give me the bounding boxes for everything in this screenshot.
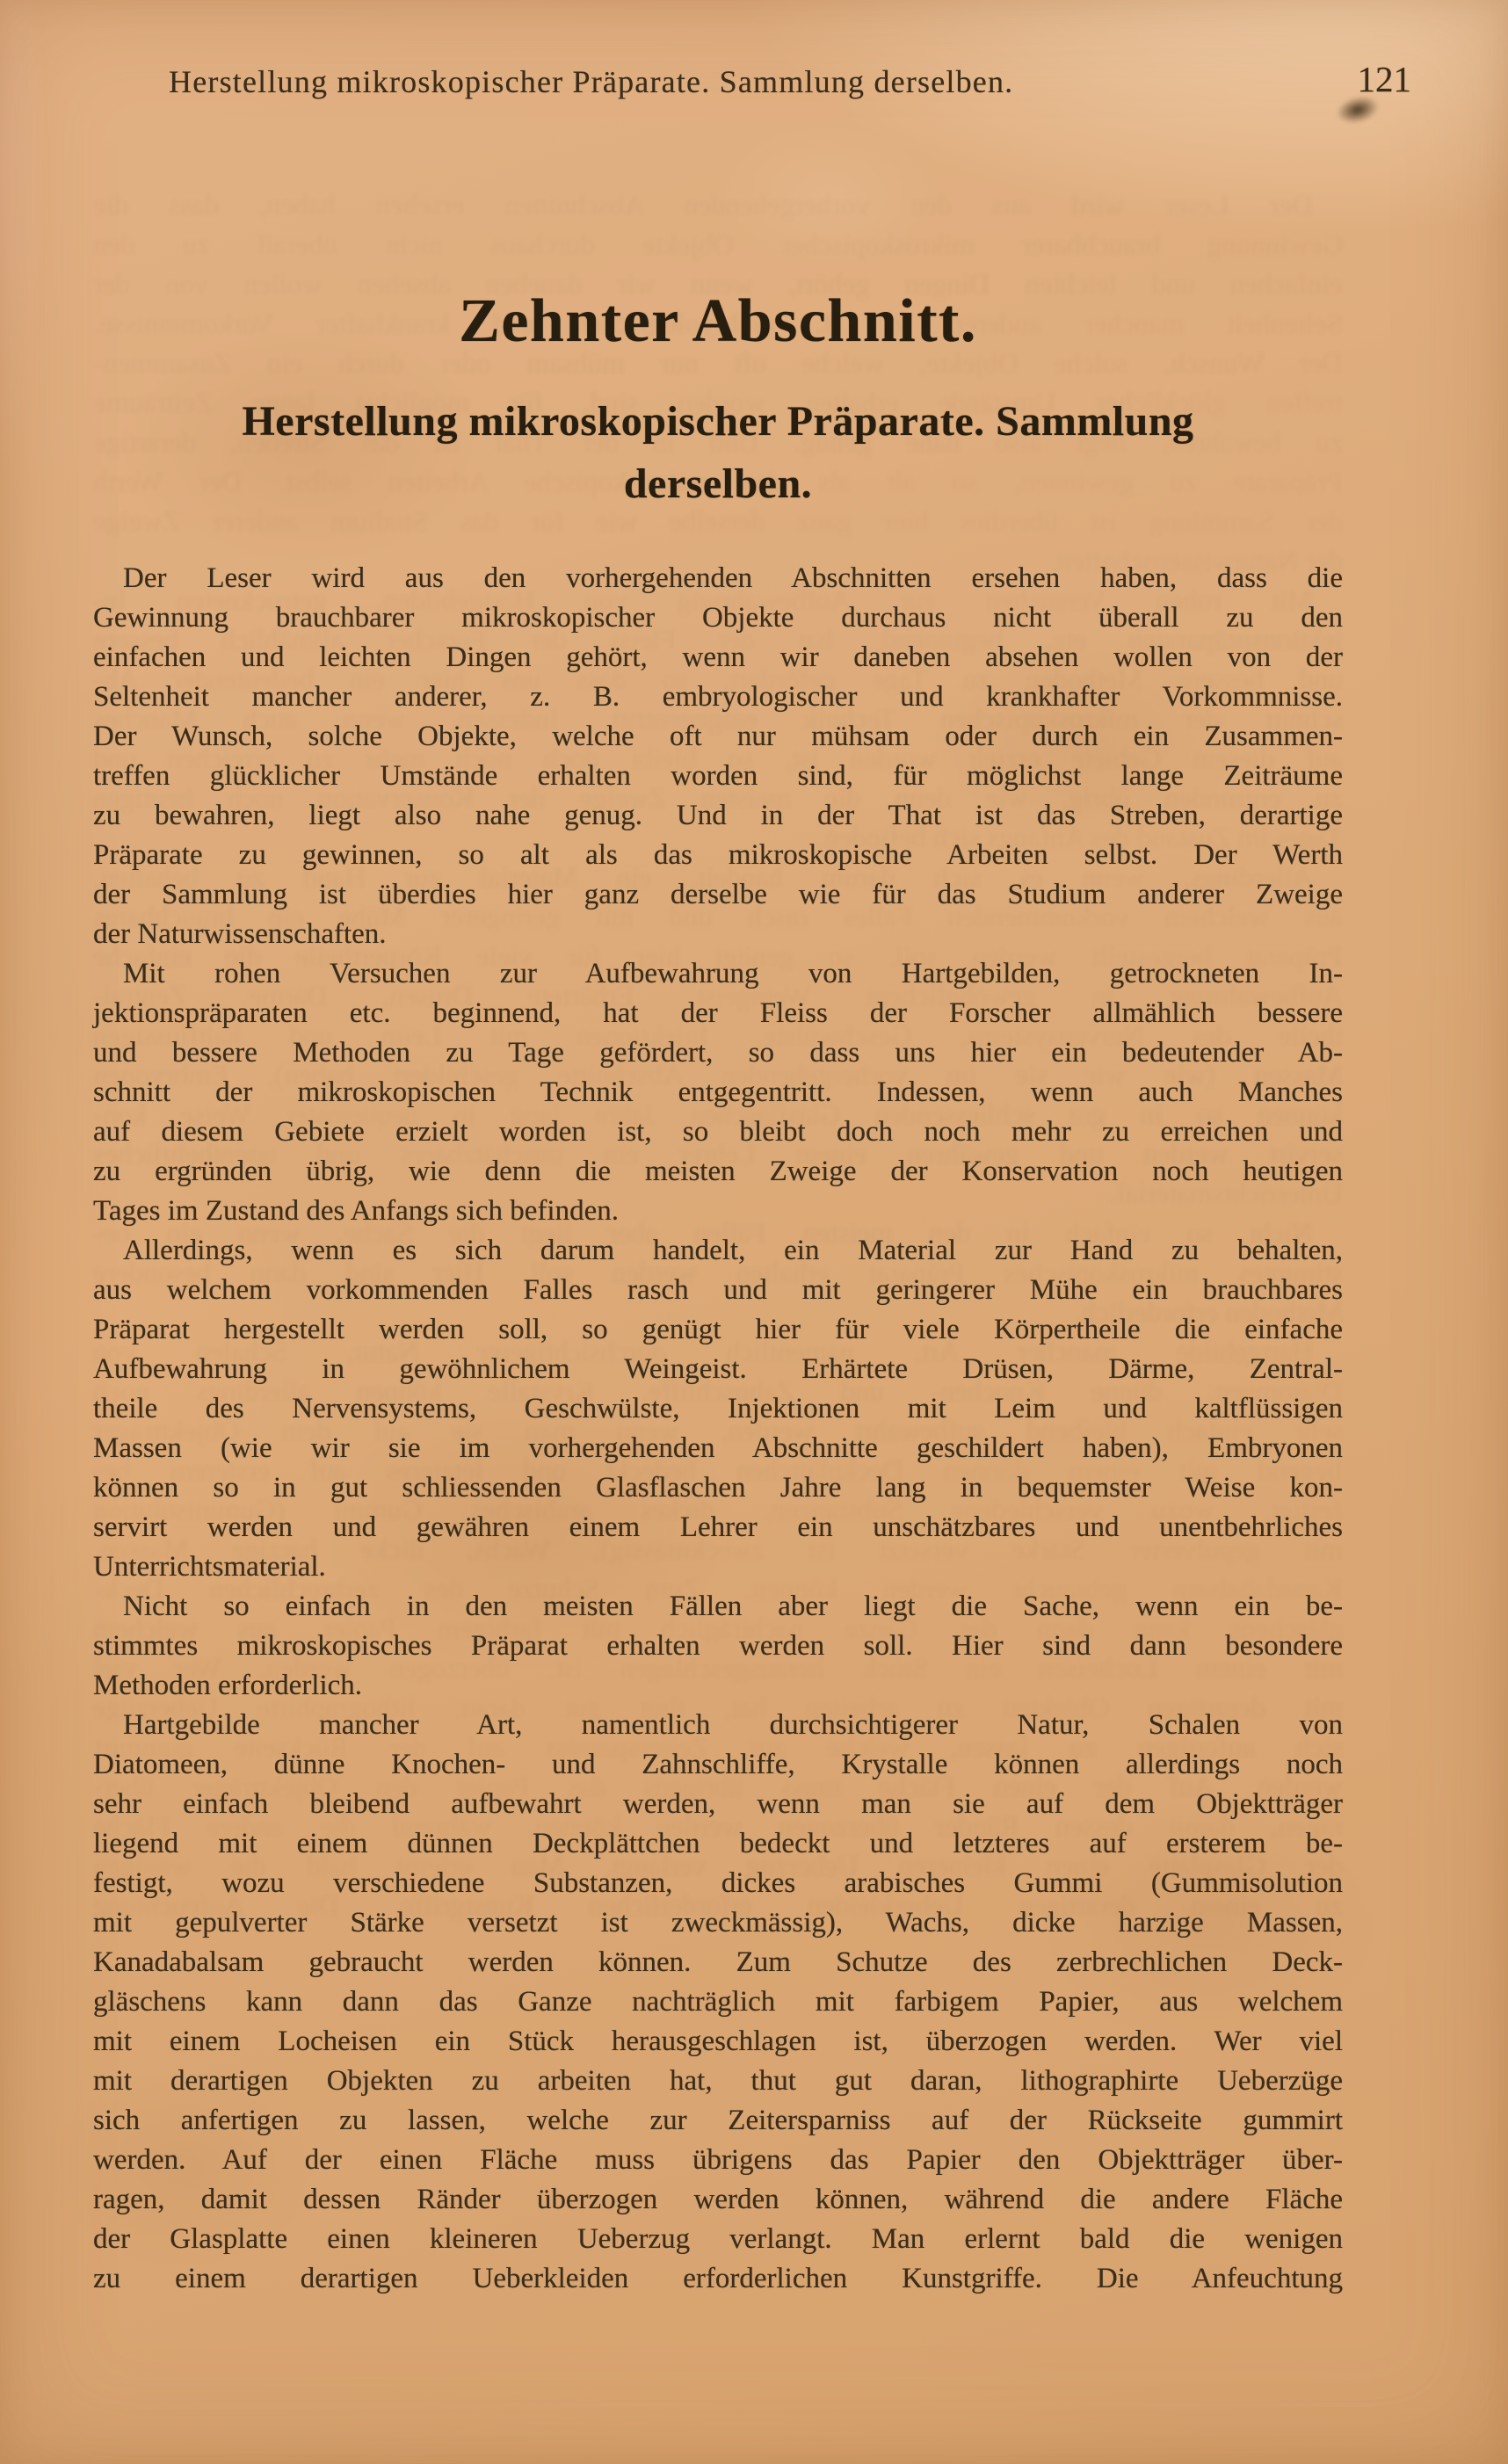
text-line: servirt werden und gewähren einem Lehrer… <box>93 1508 1343 1547</box>
text-line: Nicht so einfach in den meisten Fällen a… <box>93 1587 1343 1627</box>
text-paragraph: Allerdings, wenn es sich darum handelt, … <box>93 1231 1343 1587</box>
section-title: Zehnter Abschnitt. <box>93 286 1343 357</box>
text-line: sehr einfach bleibend aufbewahrt werden,… <box>93 1785 1343 1824</box>
text-line: sich anfertigen zu lassen, welche zur Ze… <box>93 2101 1343 2141</box>
text-line: der Sammlung ist überdies hier ganz ders… <box>93 875 1343 915</box>
text-line: treffen glücklicher Umstände erhalten wo… <box>93 757 1343 796</box>
text-line: ragen, damit dessen Ränder überzogen wer… <box>93 2180 1343 2220</box>
text-line: zu bewahren, liegt also nahe genug. Und … <box>93 796 1343 836</box>
text-line: aus welchem vorkommenden Falles rasch un… <box>93 1271 1343 1310</box>
text-line: Methoden erforderlich. <box>93 1666 1343 1706</box>
chapter-title-line-1: Herstellung mikroskopischer Präparate. S… <box>93 390 1343 453</box>
bleed-line: Gewinnung brauchbarer mikroskopischer Ob… <box>93 226 1343 265</box>
text-line: Mit rohen Versuchen zur Aufbewahrung von… <box>93 954 1343 994</box>
text-line: festigt, wozu verschiedene Substanzen, d… <box>93 1864 1343 1903</box>
book-page: Der Leser wird aus den vorhergehenden Ab… <box>0 0 1508 2464</box>
text-line: mit gepulverter Stärke versetzt ist zwec… <box>93 1903 1343 1943</box>
text-line: liegend mit einem dünnen Deckplättchen b… <box>93 1824 1343 1864</box>
text-line: Präparate zu gewinnen, so alt als das mi… <box>93 836 1343 875</box>
text-line: einfachen und leichten Dingen gehört, we… <box>93 638 1343 678</box>
ink-smudge <box>1333 91 1382 127</box>
text-line: jektionspräparaten etc. beginnend, hat d… <box>93 994 1343 1033</box>
text-line: mit derartigen Objekten zu arbeiten hat,… <box>93 2062 1343 2101</box>
text-line: Kanadabalsam gebraucht werden können. Zu… <box>93 1943 1343 1982</box>
text-paragraph: Hartgebilde mancher Art, namentlich durc… <box>93 1706 1343 2299</box>
text-line: mit einem Locheisen ein Stück herausgesc… <box>93 2022 1343 2062</box>
text-line: werden. Auf der einen Fläche muss übrige… <box>93 2141 1343 2180</box>
text-line: Tages im Zustand des Anfangs sich befind… <box>93 1192 1343 1231</box>
text-line: Hartgebilde mancher Art, namentlich durc… <box>93 1706 1343 1745</box>
text-line: Der Wunsch, solche Objekte, welche oft n… <box>93 717 1343 757</box>
running-header-title: Herstellung mikroskopischer Präparate. S… <box>169 63 1013 100</box>
text-line: zu einem derartigen Ueberkleiden erforde… <box>93 2259 1343 2299</box>
text-line: Der Leser wird aus den vorhergehenden Ab… <box>93 559 1343 598</box>
text-line: Präparat hergestellt werden soll, so gen… <box>93 1310 1343 1350</box>
text-line: der Glasplatte einen kleineren Ueberzug … <box>93 2220 1343 2259</box>
text-paragraph: Nicht so einfach in den meisten Fällen a… <box>93 1587 1343 1706</box>
text-line: gläschens kann dann das Ganze nachträgli… <box>93 1982 1343 2022</box>
text-line: theile des Nervensystems, Geschwülste, I… <box>93 1389 1343 1429</box>
text-line: Gewinnung brauchbarer mikroskopischer Ob… <box>93 598 1343 638</box>
text-line: können so in gut schliessenden Glasflasc… <box>93 1468 1343 1508</box>
text-line: zu ergründen übrig, wie denn die meisten… <box>93 1152 1343 1192</box>
text-line: stimmtes mikroskopisches Präparat erhalt… <box>93 1627 1343 1666</box>
text-paragraph: Mit rohen Versuchen zur Aufbewahrung von… <box>93 954 1343 1231</box>
text-line: schnitt der mikroskopischen Technik entg… <box>93 1073 1343 1112</box>
chapter-title: Herstellung mikroskopischer Präparate. S… <box>93 390 1343 515</box>
text-paragraph: Der Leser wird aus den vorhergehenden Ab… <box>93 559 1343 954</box>
text-line: Diatomeen, dünne Knochen- und Zahnschlif… <box>93 1745 1343 1785</box>
bleed-paragraph: Der Leser wird aus den vorhergehenden Ab… <box>93 186 1343 582</box>
text-line: Unterrichtsmaterial. <box>93 1547 1343 1587</box>
text-line: auf diesem Gebiete erzielt worden ist, s… <box>93 1112 1343 1152</box>
text-line: Seltenheit mancher anderer, z. B. embryo… <box>93 678 1343 717</box>
text-line: der Naturwissenschaften. <box>93 915 1343 954</box>
chapter-title-line-2: derselben. <box>93 453 1343 515</box>
bleed-line: Der Leser wird aus den vorhergehenden Ab… <box>93 186 1343 226</box>
text-line: Aufbewahrung in gewöhnlichem Weingeist. … <box>93 1350 1343 1389</box>
text-line: Allerdings, wenn es sich darum handelt, … <box>93 1231 1343 1271</box>
text-line: und bessere Methoden zu Tage gefördert, … <box>93 1033 1343 1073</box>
text-block: Der Leser wird aus den vorhergehenden Ab… <box>93 559 1343 2299</box>
text-line: Massen (wie wir sie im vorhergehenden Ab… <box>93 1429 1343 1468</box>
